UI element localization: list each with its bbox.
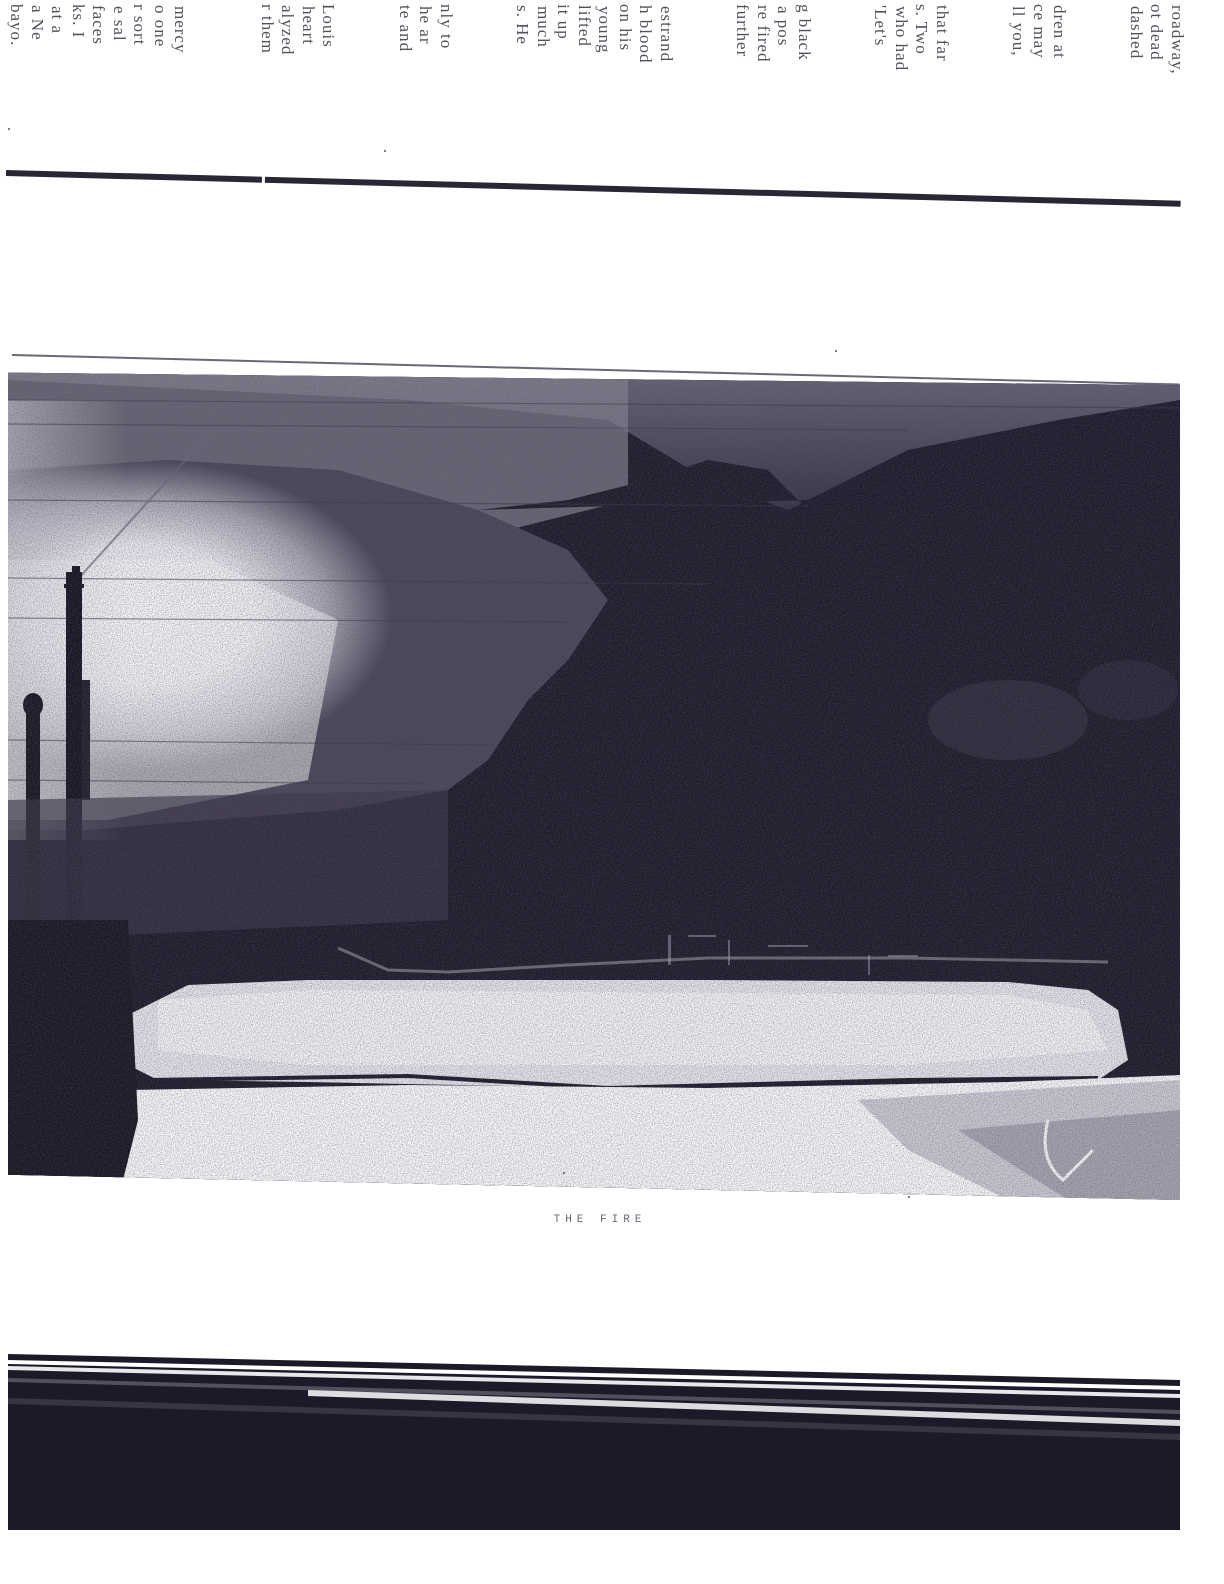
text-fragment: lifted bbox=[576, 5, 593, 47]
text-fragment: faces bbox=[90, 5, 107, 45]
text-fragment: heart bbox=[300, 6, 317, 45]
text-fragment: roadway, bbox=[1169, 5, 1186, 75]
text-fragment: s. Two bbox=[913, 4, 930, 55]
text-fragment: ll you, bbox=[1010, 6, 1027, 56]
text-fragment: a pos bbox=[775, 6, 792, 46]
scan-speck bbox=[8, 128, 10, 130]
text-fragment: at a bbox=[49, 6, 66, 34]
text-fragment: he ar bbox=[417, 6, 434, 45]
text-fragment: ks. I bbox=[70, 4, 87, 38]
text-fragment: te and bbox=[397, 5, 414, 52]
bottom-band-illustration bbox=[8, 1350, 1180, 1534]
text-fragment: nly to bbox=[438, 4, 455, 49]
text-fragment: ot dead bbox=[1148, 4, 1165, 61]
bottom-dark-band bbox=[8, 1350, 1180, 1534]
text-fragment: a Ne bbox=[29, 5, 46, 41]
text-fragment: ce may bbox=[1031, 4, 1048, 59]
text-fragment: s. He bbox=[514, 5, 531, 45]
text-fragment: Louis bbox=[320, 4, 337, 48]
text-fragment: that far bbox=[934, 5, 951, 62]
text-fragment: dashed bbox=[1128, 6, 1145, 59]
text-fragment: estrand bbox=[658, 6, 675, 62]
text-fragment: e sal bbox=[111, 6, 128, 42]
text-fragment: further bbox=[734, 4, 751, 57]
text-fragment: dren at bbox=[1051, 5, 1068, 59]
text-fragment: h blood bbox=[637, 5, 654, 63]
text-fragment: re fired bbox=[755, 5, 772, 63]
text-fragment: r them bbox=[259, 4, 276, 54]
photo-caption: THE FIRE bbox=[500, 1214, 700, 1226]
scan-speck bbox=[384, 150, 386, 152]
text-fragment: young bbox=[596, 6, 613, 54]
divider-rule bbox=[6, 170, 1181, 207]
text-fragment: bayo. bbox=[8, 4, 25, 46]
text-fragment: o one bbox=[152, 5, 169, 47]
text-fragment: alyzed bbox=[279, 5, 296, 55]
fire-photograph bbox=[8, 360, 1180, 1200]
text-fragment: r sort bbox=[131, 4, 148, 45]
scan-speck bbox=[563, 1172, 565, 1174]
rotated-text-columns: bayo.a Neat aks. Ifacese salr sorto onem… bbox=[0, 0, 1190, 168]
text-fragment: who had bbox=[893, 6, 910, 71]
fire-photo-illustration bbox=[8, 360, 1180, 1200]
text-fragment: mercy bbox=[172, 6, 189, 53]
text-fragment: further bbox=[1189, 6, 1190, 59]
text-fragment: g black bbox=[796, 4, 813, 61]
scan-speck bbox=[835, 350, 837, 352]
scan-speck bbox=[908, 1196, 910, 1198]
text-fragment: 'Let's bbox=[872, 5, 889, 46]
text-fragment: much bbox=[535, 6, 552, 48]
text-fragment: it up bbox=[555, 4, 572, 40]
text-fragment: on his bbox=[617, 4, 634, 51]
divider-rule-break bbox=[262, 176, 265, 185]
